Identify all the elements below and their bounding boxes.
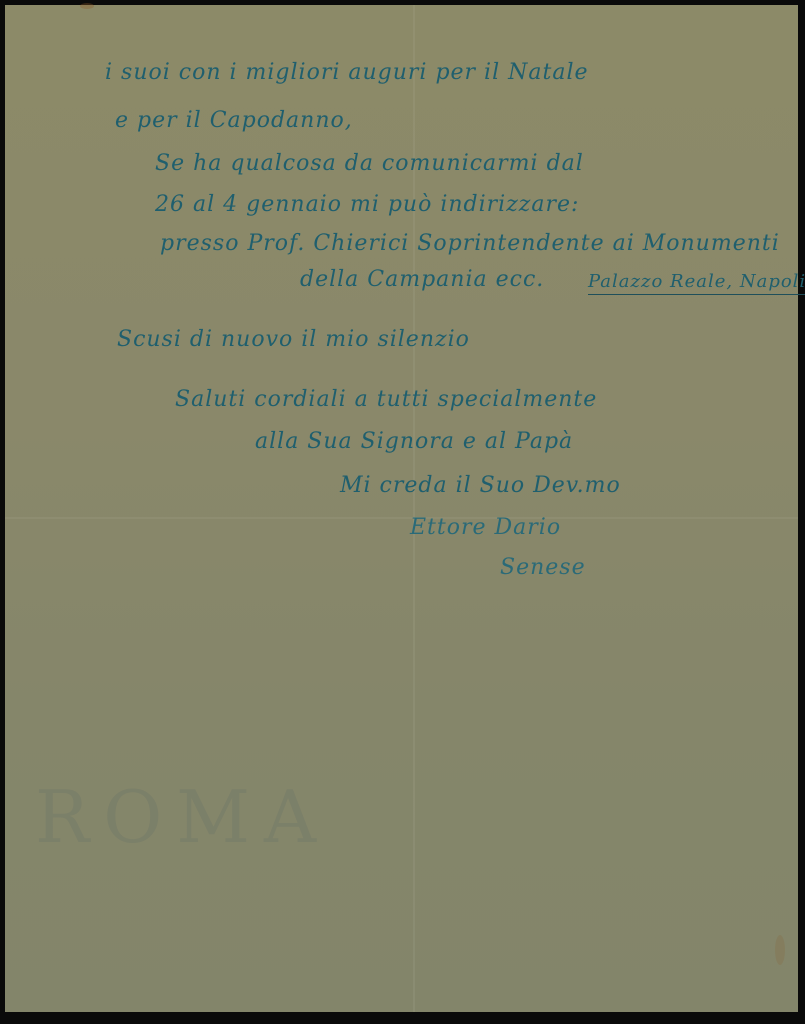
letter-line-2: e per il Capodanno, [115, 108, 353, 133]
letter-line-4: 26 al 4 gennaio mi può indirizzare: [155, 192, 579, 217]
paper-stain [775, 935, 785, 965]
letter-line-3: Se ha qualcosa da comunicarmi dal [155, 151, 584, 176]
closing-line-3: alla Sua Signora e al Papà [255, 429, 573, 454]
signature-name: Ettore Dario [410, 515, 561, 540]
paper-stain [80, 3, 94, 9]
closing-line-4: Mi creda il Suo Dev.mo [340, 473, 621, 498]
closing-line-2: Saluti cordiali a tutti specialmente [175, 387, 597, 412]
letter-line-1: i suoi con i migliori auguri per il Nata… [105, 60, 589, 85]
letter-page: ROMA i suoi con i migliori auguri per il… [5, 5, 798, 1012]
address-line: Palazzo Reale, Napoli [588, 271, 805, 295]
signature-surname: Senese [500, 555, 586, 580]
fold-crease-horizontal [5, 517, 798, 519]
closing-line-1: Scusi di nuovo il mio silenzio [117, 327, 470, 352]
bleed-through-letterhead: ROMA [35, 775, 330, 859]
letter-line-6: della Campania ecc. [300, 267, 544, 292]
letter-line-5: presso Prof. Chierici Soprintendente ai … [160, 231, 780, 256]
